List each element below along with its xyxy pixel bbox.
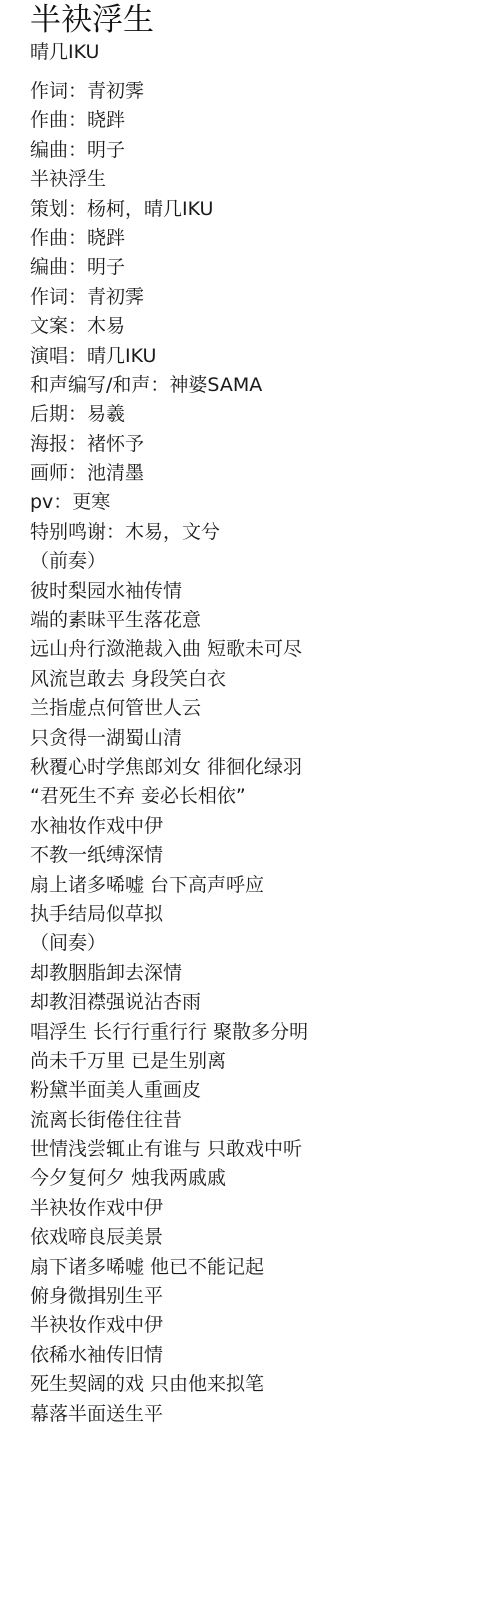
lyric-line: “君死生不弃 妾必长相依”: [30, 782, 490, 811]
lyric-line: 作曲：晓跘: [30, 106, 490, 135]
lyric-line: 世情浅尝辄止有谁与 只敢戏中听: [30, 1135, 490, 1164]
lyric-line: 作词：青初霁: [30, 283, 490, 312]
lyric-line: 半袂妆作戏中伊: [30, 1194, 490, 1223]
lyric-line: 依戏啼良辰美景: [30, 1223, 490, 1252]
lyrics-list: 作词：青初霁 作曲：晓跘 编曲：明子半袂浮生策划：杨柯，晴几IKU作曲：晓跘编曲…: [30, 77, 490, 1429]
lyric-line: 秋覆心时学焦郎刘女 徘徊化绿羽: [30, 753, 490, 782]
lyric-line: 粉黛半面美人重画皮: [30, 1076, 490, 1105]
lyric-line: 半袂浮生: [30, 165, 490, 194]
lyric-line: 今夕复何夕 烛我两戚戚: [30, 1164, 490, 1193]
lyric-line: 策划：杨柯，晴几IKU: [30, 195, 490, 224]
lyric-line: 和声编写/和声：神婆SAMA: [30, 371, 490, 400]
lyric-line: 兰指虚点何管世人云: [30, 694, 490, 723]
lyric-line: 风流岂敢去 身段笑白衣: [30, 665, 490, 694]
song-artist: 晴几IKU: [30, 39, 490, 65]
lyric-line: 流离长街倦住往昔: [30, 1106, 490, 1135]
lyric-line: 海报：褚怀予: [30, 430, 490, 459]
lyric-line: 半袂妆作戏中伊: [30, 1311, 490, 1340]
lyric-line: 俯身微揖别生平: [30, 1282, 490, 1311]
lyric-line: 特别鸣谢：木易，文兮: [30, 518, 490, 547]
song-title: 半袂浮生: [30, 0, 490, 39]
lyric-line: 不教一纸缚深情: [30, 841, 490, 870]
lyric-line: 只贪得一湖蜀山清: [30, 724, 490, 753]
lyric-line: 尚未千万里 已是生别离: [30, 1047, 490, 1076]
lyrics-page: 半袂浮生 晴几IKU 作词：青初霁 作曲：晓跘 编曲：明子半袂浮生策划：杨柯，晴…: [30, 0, 490, 1429]
lyric-line: 演唱：晴几IKU: [30, 342, 490, 371]
lyric-line: 作曲：晓跘: [30, 224, 490, 253]
lyric-line: 远山舟行潋滟裁入曲 短歌未可尽: [30, 635, 490, 664]
lyric-line: 扇上诸多唏嘘 台下高声呼应: [30, 871, 490, 900]
lyric-line: 死生契阔的戏 只由他来拟笔: [30, 1370, 490, 1399]
lyric-line: pv：更寒: [30, 488, 490, 517]
lyric-line: 却教胭脂卸去深情: [30, 959, 490, 988]
lyric-line: 依稀水袖传旧情: [30, 1341, 490, 1370]
lyric-line: （间奏）: [30, 929, 490, 958]
lyric-line: 水袖妆作戏中伊: [30, 812, 490, 841]
lyric-line: 却教泪襟强说沾杏雨: [30, 988, 490, 1017]
lyric-line: 彼时梨园水袖传情: [30, 577, 490, 606]
lyric-line: 编曲：明子: [30, 136, 490, 165]
lyric-line: （前奏）: [30, 547, 490, 576]
lyric-line: 幕落半面送生平: [30, 1400, 490, 1429]
lyric-line: 执手结局似草拟: [30, 900, 490, 929]
lyric-line: 文案：木易: [30, 312, 490, 341]
lyric-line: 扇下诸多唏嘘 他已不能记起: [30, 1253, 490, 1282]
lyric-line: 后期：易羲: [30, 400, 490, 429]
lyric-line: 端的素昧平生落花意: [30, 606, 490, 635]
lyric-line: 唱浮生 长行行重行行 聚散多分明: [30, 1018, 490, 1047]
lyric-line: 编曲：明子: [30, 253, 490, 282]
lyric-line: 画师：池清墨: [30, 459, 490, 488]
lyric-line: 作词：青初霁: [30, 77, 490, 106]
